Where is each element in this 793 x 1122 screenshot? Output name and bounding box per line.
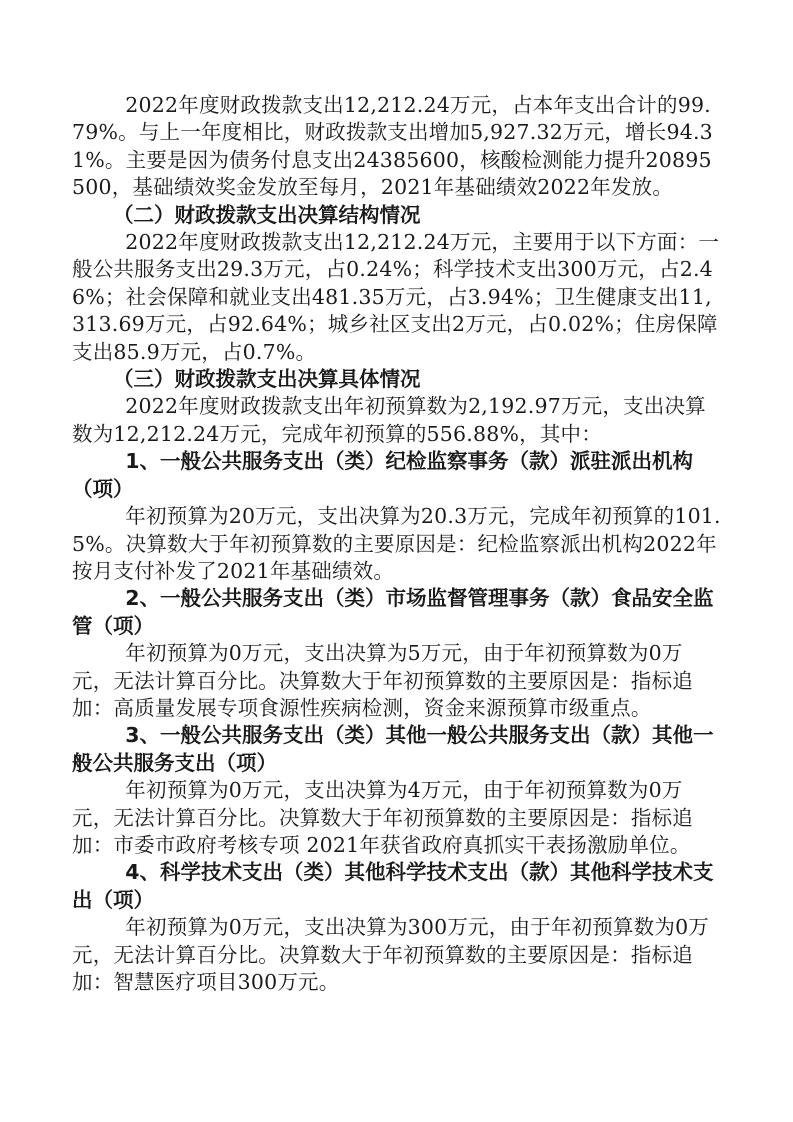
item-body-4: 年初预算为0万元，支出决算为300万元，由于年初预算数为0万元，无法计算百分比。… [72, 914, 722, 996]
intro-paragraph: 2022年度财政拨款支出12,212.24万元，占本年支出合计的99.79%。与… [72, 92, 722, 202]
section-heading-expenditure-structure: （二）财政拨款支出决算结构情况 [72, 202, 722, 229]
item-heading-1: 1、一般公共服务支出（类）纪检监察事务（款）派驻派出机构（项） [72, 448, 722, 503]
item-body-2: 年初预算为0万元，支出决算为5万元，由于年初预算数为0万元，无法计算百分比。决算… [72, 640, 722, 722]
document-page: 2022年度财政拨款支出12,212.24万元，占本年支出合计的99.79%。与… [72, 92, 722, 996]
item-body-1: 年初预算为20万元，支出决算为20.3万元，完成年初预算的101.5%。决算数大… [72, 503, 722, 585]
item-heading-2: 2、一般公共服务支出（类）市场监督管理事务（款）食品安全监管（项） [72, 585, 722, 640]
item-heading-3: 3、一般公共服务支出（类）其他一般公共服务支出（款）其他一般公共服务支出（项） [72, 722, 722, 777]
section-paragraph-expenditure-details: 2022年度财政拨款支出年初预算数为2,192.97万元，支出决算数为12,21… [72, 393, 722, 448]
section-paragraph-expenditure-structure: 2022年度财政拨款支出12,212.24万元，主要用于以下方面：一般公共服务支… [72, 229, 722, 366]
item-heading-4: 4、科学技术支出（类）其他科学技术支出（款）其他科学技术支出（项） [72, 859, 722, 914]
section-heading-expenditure-details: （三）财政拨款支出决算具体情况 [72, 366, 722, 393]
item-body-3: 年初预算为0万元，支出决算为4万元，由于年初预算数为0万元，无法计算百分比。决算… [72, 777, 722, 859]
